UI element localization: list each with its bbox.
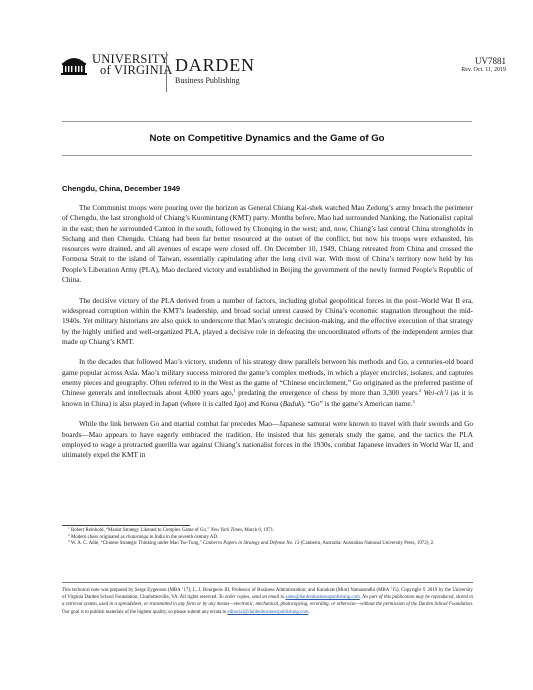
copyright-footer: This technical note was prepared by Serg… bbox=[62, 587, 473, 616]
footnote-rule bbox=[62, 525, 190, 526]
publisher-subtitle: Business Publishing bbox=[175, 76, 255, 85]
section-heading: Chengdu, China, December 1949 bbox=[62, 184, 180, 193]
rotunda-icon bbox=[60, 54, 88, 76]
logo-divider bbox=[166, 52, 167, 92]
footnote-ref-3[interactable]: 3 bbox=[412, 399, 414, 404]
sales-email-link[interactable]: sales@dardenbusinesspublishing.com bbox=[286, 595, 360, 600]
title-bottom-rule bbox=[62, 155, 472, 156]
uva-logo: UNIVERSITY of VIRGINIA bbox=[60, 54, 172, 76]
body-text: The Communist troops were pouring over t… bbox=[62, 203, 473, 471]
paragraph-3: In the decades that followed Mao’s victo… bbox=[62, 357, 473, 408]
page-title: Note on Competitive Dynamics and the Gam… bbox=[62, 133, 472, 144]
revision-date: Rev. Oct. 11, 2019 bbox=[461, 67, 506, 73]
footnote-3: 3 W. A. C. Adie, “Chinese Strategic Thin… bbox=[62, 541, 473, 548]
uva-wordmark: UNIVERSITY of VIRGINIA bbox=[92, 54, 172, 76]
document-header: UNIVERSITY of VIRGINIA DARDEN Business P… bbox=[60, 52, 520, 100]
publisher-name: DARDEN bbox=[175, 56, 255, 74]
footer-rule bbox=[62, 582, 473, 583]
document-id: UV7881 Rev. Oct. 11, 2019 bbox=[461, 56, 506, 73]
paragraph-4: While the link between Go and martial co… bbox=[62, 419, 473, 460]
title-top-rule bbox=[62, 121, 472, 122]
paragraph-2: The decisive victory of the PLA derived … bbox=[62, 296, 473, 347]
editorial-email-link[interactable]: editorial@dardenbusinesspublishing.com bbox=[228, 610, 309, 615]
paragraph-1: The Communist troops were pouring over t… bbox=[62, 203, 473, 285]
darden-logo: DARDEN Business Publishing bbox=[175, 56, 255, 85]
footnotes: 1 Robert Reinhold, “Maoist Strategy Like… bbox=[62, 528, 473, 548]
doc-code: UV7881 bbox=[461, 56, 506, 66]
